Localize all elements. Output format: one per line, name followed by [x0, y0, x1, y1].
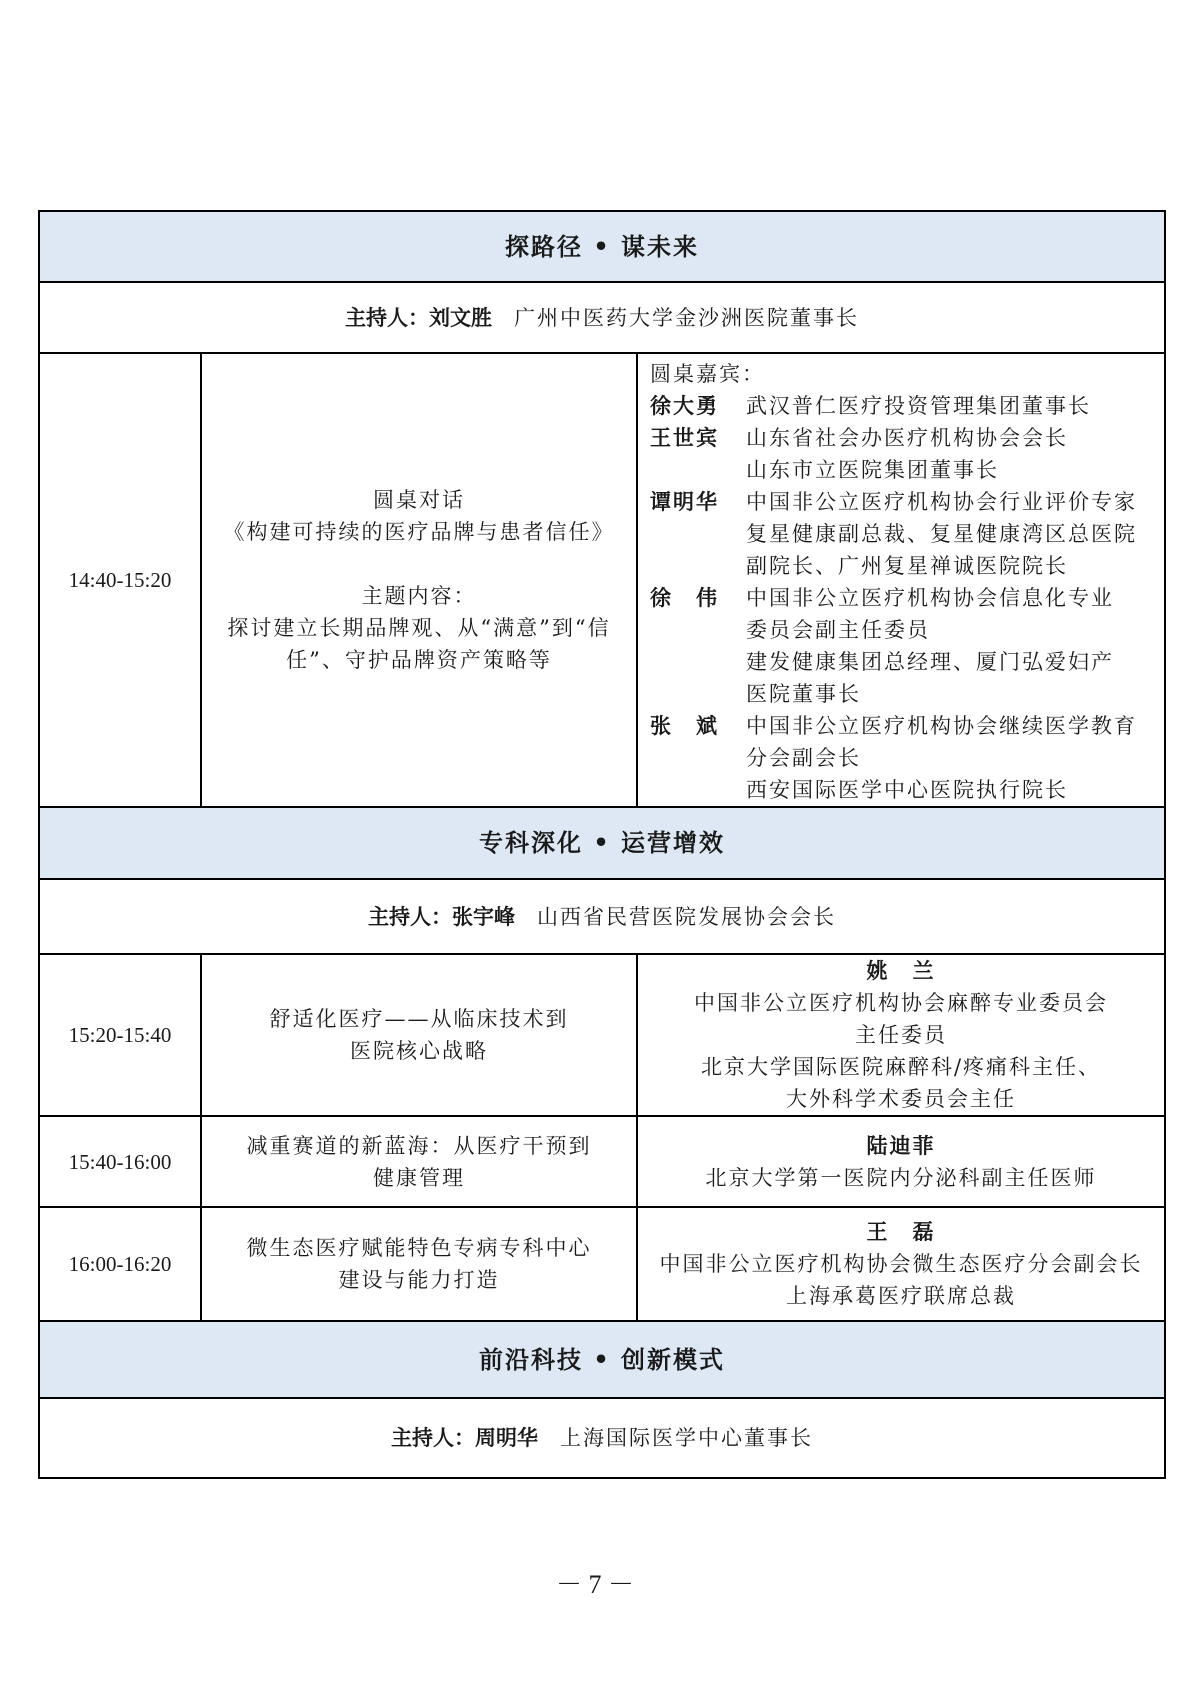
- roundtable-kind: 圆桌对话: [202, 484, 636, 516]
- topic-line: 医院核心战略: [202, 1035, 636, 1067]
- guest-item: 徐大勇 武汉普仁医疗投资管理集团董事长: [650, 390, 1156, 422]
- topic-line: 舒适化医疗——从临床技术到: [202, 1003, 636, 1035]
- host-org: 上海国际医学中心董事长: [560, 1426, 813, 1450]
- guest-name: 徐 伟: [650, 582, 746, 710]
- agenda-table: 探路径 • 谋未来 主持人：刘文胜广州中医药大学金沙洲医院董事长 14:40-1…: [38, 210, 1166, 1479]
- speaker-cell: 陆迪菲 北京大学第一医院内分泌科副主任医师: [637, 1116, 1165, 1207]
- guest-name: 谭明华: [650, 486, 746, 582]
- roundtable-row: 14:40-15:20 圆桌对话 《构建可持续的医疗品牌与患者信任》 主题内容：…: [39, 353, 1165, 807]
- guest-item: 王世宾 山东省社会办医疗机构协会会长 山东市立医院集团董事长: [650, 422, 1156, 486]
- session-topic: 舒适化医疗——从临床技术到 医院核心战略: [201, 954, 637, 1116]
- page-number: － 7 －: [0, 1564, 1190, 1601]
- section-banner: 前沿科技 • 创新模式: [39, 1321, 1165, 1398]
- host-org: 广州中医药大学金沙洲医院董事长: [514, 306, 859, 330]
- host-name: 主持人：周明华: [391, 1425, 538, 1450]
- topic-line: 健康管理: [202, 1162, 636, 1194]
- session-time: 14:40-15:20: [39, 353, 201, 807]
- speaker-name: 姚 兰: [638, 955, 1164, 987]
- guest-name: 徐大勇: [650, 390, 746, 422]
- session-topic: 减重赛道的新蓝海：从医疗干预到 健康管理: [201, 1116, 637, 1207]
- speaker-cell: 姚 兰 中国非公立医疗机构协会麻醉专业委员会 主任委员 北京大学国际医院麻醉科/…: [637, 954, 1165, 1116]
- speaker-title: 北京大学国际医院麻醉科/疼痛科主任、: [638, 1051, 1164, 1083]
- roundtable-title: 《构建可持续的医疗品牌与患者信任》: [202, 516, 636, 548]
- section-banner: 探路径 • 谋未来: [39, 211, 1165, 282]
- guest-title: 山东市立医院集团董事长: [746, 454, 1156, 486]
- section-title: 专科深化 • 运营增效: [39, 807, 1165, 879]
- session-topic: 微生态医疗赋能特色专病专科中心 建设与能力打造: [201, 1207, 637, 1321]
- speaker-title: 中国非公立医疗机构协会微生态医疗分会副会长: [638, 1248, 1164, 1280]
- talk-row: 15:20-15:40 舒适化医疗——从临床技术到 医院核心战略 姚 兰 中国非…: [39, 954, 1165, 1116]
- content-label: 主题内容：: [202, 580, 636, 612]
- host-row: 主持人：周明华上海国际医学中心董事长: [39, 1398, 1165, 1478]
- speaker-title: 中国非公立医疗机构协会麻醉专业委员会: [638, 987, 1164, 1019]
- guest-title: 山东省社会办医疗机构协会会长: [746, 422, 1156, 454]
- speaker-title: 北京大学第一医院内分泌科副主任医师: [638, 1162, 1164, 1194]
- guest-title: 中国非公立医疗机构协会信息化专业: [746, 582, 1156, 614]
- topic-line: 减重赛道的新蓝海：从医疗干预到: [202, 1130, 636, 1162]
- host-org: 山西省民营医院发展协会会长: [537, 905, 836, 929]
- content-text: 任”、守护品牌资产策略等: [202, 644, 636, 676]
- topic-line: 微生态医疗赋能特色专病专科中心: [202, 1232, 636, 1264]
- session-time: 16:00-16:20: [39, 1207, 201, 1321]
- guests-label: 圆桌嘉宾：: [650, 358, 1156, 390]
- speaker-title: 主任委员: [638, 1019, 1164, 1051]
- speaker-name: 王 磊: [638, 1216, 1164, 1248]
- guest-item: 谭明华 中国非公立医疗机构协会行业评价专家 复星健康副总裁、复星健康湾区总医院 …: [650, 486, 1156, 582]
- guest-title: 中国非公立医疗机构协会继续医学教育: [746, 710, 1156, 742]
- guest-item: 张 斌 中国非公立医疗机构协会继续医学教育 分会副会长 西安国际医学中心医院执行…: [650, 710, 1156, 806]
- guest-title: 中国非公立医疗机构协会行业评价专家: [746, 486, 1156, 518]
- guest-title: 西安国际医学中心医院执行院长: [746, 774, 1156, 806]
- guest-item: 徐 伟 中国非公立医疗机构协会信息化专业 委员会副主任委员 建发健康集团总经理、…: [650, 582, 1156, 710]
- guest-title: 委员会副主任委员: [746, 614, 1156, 646]
- section-title: 前沿科技 • 创新模式: [39, 1321, 1165, 1398]
- guest-title: 建发健康集团总经理、厦门弘爱妇产: [746, 646, 1156, 678]
- host-name: 主持人：刘文胜: [345, 305, 492, 330]
- guest-name: 王世宾: [650, 422, 746, 486]
- guest-title: 分会副会长: [746, 742, 1156, 774]
- guest-title: 医院董事长: [746, 678, 1156, 710]
- host-name: 主持人：张宇峰: [368, 904, 515, 929]
- section-title: 探路径 • 谋未来: [39, 211, 1165, 282]
- speaker-title: 上海承葛医疗联席总裁: [638, 1280, 1164, 1312]
- guest-title: 副院长、广州复星禅诚医院院长: [746, 550, 1156, 582]
- guest-title: 武汉普仁医疗投资管理集团董事长: [746, 390, 1156, 422]
- roundtable-guests: 圆桌嘉宾： 徐大勇 武汉普仁医疗投资管理集团董事长 王世宾 山东省社会办医疗机构…: [637, 353, 1165, 807]
- speaker-name: 陆迪菲: [638, 1130, 1164, 1162]
- host-row: 主持人：张宇峰山西省民营医院发展协会会长: [39, 879, 1165, 954]
- guest-title: 复星健康副总裁、复星健康湾区总医院: [746, 518, 1156, 550]
- topic-line: 建设与能力打造: [202, 1264, 636, 1296]
- session-time: 15:40-16:00: [39, 1116, 201, 1207]
- session-topic: 圆桌对话 《构建可持续的医疗品牌与患者信任》 主题内容： 探讨建立长期品牌观、从…: [201, 353, 637, 807]
- speaker-title: 大外科学术委员会主任: [638, 1083, 1164, 1115]
- speaker-cell: 王 磊 中国非公立医疗机构协会微生态医疗分会副会长 上海承葛医疗联席总裁: [637, 1207, 1165, 1321]
- talk-row: 16:00-16:20 微生态医疗赋能特色专病专科中心 建设与能力打造 王 磊 …: [39, 1207, 1165, 1321]
- talk-row: 15:40-16:00 减重赛道的新蓝海：从医疗干预到 健康管理 陆迪菲 北京大…: [39, 1116, 1165, 1207]
- host-row: 主持人：刘文胜广州中医药大学金沙洲医院董事长: [39, 282, 1165, 353]
- session-time: 15:20-15:40: [39, 954, 201, 1116]
- guest-name: 张 斌: [650, 710, 746, 806]
- content-text: 探讨建立长期品牌观、从“满意”到“信: [202, 612, 636, 644]
- section-banner: 专科深化 • 运营增效: [39, 807, 1165, 879]
